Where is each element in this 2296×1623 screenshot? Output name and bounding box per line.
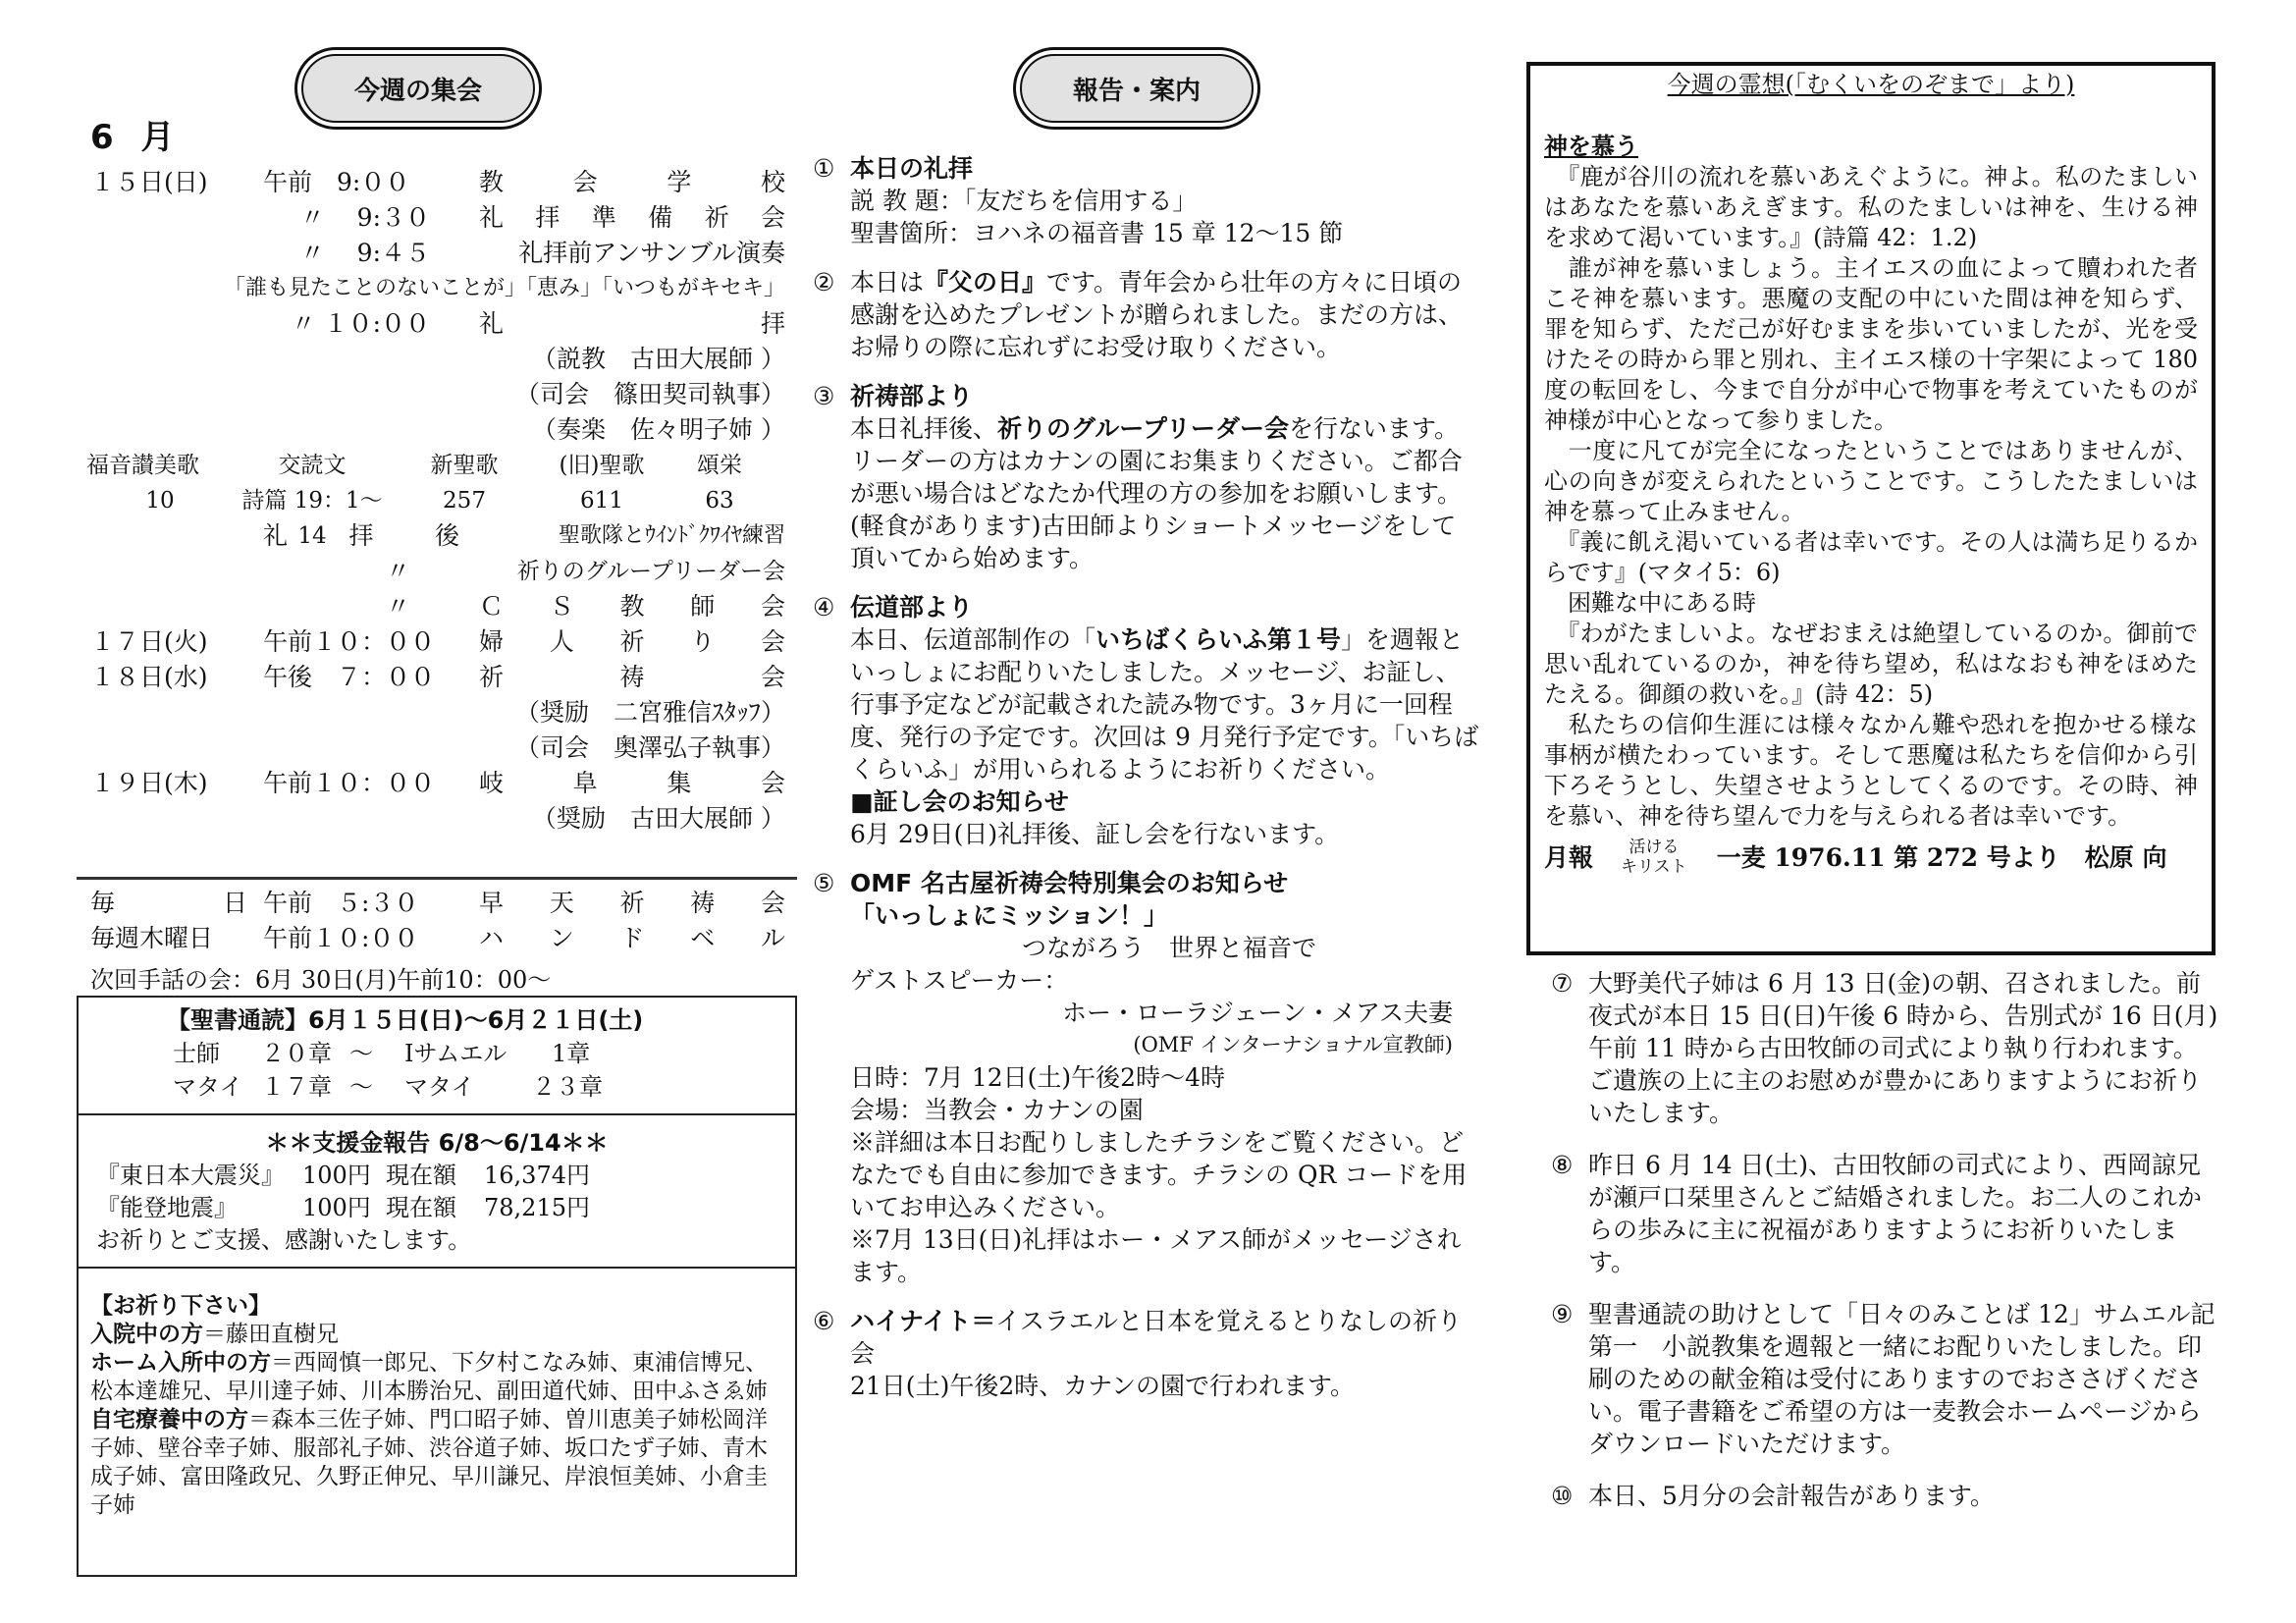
prayer-group-hospital: 入院中の方＝藤田直樹兄 [90, 1321, 785, 1349]
heading-reports-announcements: 報告・案内 [1013, 47, 1260, 130]
announcement-item: ① 本日の礼拝 説 教 題：「友だちを信用する」 聖書箇所：ヨハネの福音書 15… [813, 152, 1480, 249]
schedule-row: １５日(日) 午前 9:００ 教会学校 [90, 165, 785, 200]
devotional-source: 月報 活ける キリスト 一麦 1976.11 第 272 号より 松原 向 [1544, 838, 2198, 877]
prayer-title: 【お祈り下さい】 [90, 1292, 785, 1321]
announcement-item: ⑤ OMF 名古屋祈祷会特別集会のお知らせ 「いっしょにミッション！」 つながろ… [813, 867, 1480, 1288]
prayer-group-home: ホーム入所中の方＝西岡慎一郎兄、下夕村こなみ姉、東浦信博兄、松本達雄兄、早川達子… [90, 1349, 785, 1406]
schedule-row: 礼 拝 後 聖歌隊とｳｲﾝﾄﾞｸﾜｲﾔ練習 [90, 518, 785, 554]
bible-reading-box: 【聖書通読】6月１５日(日)～6月２１日(土) 士師 ２０章 ～ Ⅰサムエル 1… [77, 996, 797, 1115]
announcement-item: ⑥ ハイナイト＝イスラエルと日本を覚えるとりなしの祈り会 21日(土)午後2時、… [813, 1305, 1480, 1402]
bible-reading-row: 士師 ２０章 ～ Ⅰサムエル 1章 [173, 1037, 777, 1070]
schedule-row: 〃 １０:００ 礼拝 [90, 306, 785, 342]
schedule-row: 〃 9:４５ 礼拝前アンサンブル演奏 [90, 236, 785, 271]
schedule-row: 〃 祈りのグループリーダー会 [90, 554, 785, 589]
hymn-values: 10 詩篇 19：1～14 257 611 63 [86, 483, 785, 518]
announcement-item: ③ 祈祷部より 本日礼拝後、祈りのグループリーダー会を行ないます。リーダーの方は… [813, 380, 1480, 574]
daily-row: 毎 日 午前 ５:３０ 早天祈祷会 [90, 886, 785, 921]
next-sign-language-meeting: 次回手話の会：6月 30日(月)午前10：00～ [90, 960, 551, 995]
announcement-item: ⑧ 昨日 6 月 14 日(土)、古田牧師の司式により、西岡諒兄が瀬戸口栞里さん… [1551, 1149, 2218, 1278]
announcement-item: ⑦ 大野美代子姉は 6 月 13 日(金)の朝、召されました。前夜式が本日 15… [1551, 967, 2218, 1129]
support-fund-title: ＊＊支援金報告 6/8～6/14＊＊ [96, 1127, 777, 1160]
announcement-item: ⑨ 聖書通読の助けとして「日々のみことば 12」サムエル記第一 小説教集を週報と… [1551, 1298, 2218, 1460]
schedule-row: （説教 古田大展師 ） [90, 342, 785, 377]
heading-this-week-meetings: 今週の集会 [294, 47, 542, 130]
devotional-paragraph: 私たちの信仰生涯には様々なかん難や恐れを抱かせる様な事柄が横たわっています。そし… [1544, 710, 2198, 832]
devotional-paragraph: 困難な中にある時 [1544, 588, 2198, 619]
daily-meetings: 毎 日 午前 ５:３０ 早天祈祷会 毎週木曜日 午前１０:００ ハンドベル [90, 886, 785, 956]
prayer-group-recovery: 自宅療養中の方＝森本三佐子姉、門口昭子姉、曽川恵美子姉松岡洋子姉、壁谷幸子姉、服… [90, 1406, 785, 1520]
schedule-row: １８日(水) 午後 ７：００ 祈祷会 [90, 660, 785, 695]
daily-row: 毎週木曜日 午前１０:００ ハンドベル [90, 921, 785, 956]
schedule-row: （奏楽 佐々明子姉 ） [90, 412, 785, 448]
bible-reading-row: マタイ １７章 ～ マタイ ２３章 [173, 1070, 777, 1104]
devotional-paragraph: 誰が神を慕いましょう。主イエスの血によって贖われた者こそ神を慕います。悪魔の支配… [1544, 253, 2198, 436]
announcement-item: ④ 伝道部より 本日、伝道部制作の「いちばくらいふ第１号」を週報といっしょにお配… [813, 591, 1480, 850]
schedule-list: １５日(日) 午前 9:００ 教会学校 〃 9:３０ 礼拝準備祈会 〃 9:４５… [90, 165, 785, 837]
support-fund-box: ＊＊支援金報告 6/8～6/14＊＊ 『東日本大震災』 100円 現在額 16,… [77, 1113, 797, 1269]
announcements-list: ① 本日の礼拝 説 教 題：「友だちを信用する」 聖書箇所：ヨハネの福音書 15… [813, 152, 1480, 1419]
hymn-headers: 福音讃美歌 交読文 新聖歌 (旧)聖歌 頌栄 [86, 448, 785, 483]
schedule-row: 「誰も見たことのないことが」「恵み」「いつもがキセキ」 [90, 271, 785, 306]
divider [77, 877, 797, 880]
support-row: 『東日本大震災』 100円 現在額 16,374円 [96, 1160, 777, 1192]
announcement-item: ⑩ 本日、5月分の会計報告があります。 [1551, 1480, 2218, 1512]
bible-reading-title: 【聖書通読】6月１５日(日)～6月２１日(土) [167, 1003, 777, 1037]
support-thanks: お祈りとご支援、感謝いたします。 [96, 1224, 777, 1257]
schedule-row: （司会 奥澤弘子執事） [90, 730, 785, 766]
schedule-row: １７日(火) 午前１０：００ 婦人祈り会 [90, 624, 785, 660]
devotional-paragraph: 一度に凡てが完全になったということではありませんが、心の向きが変えられたというこ… [1544, 436, 2198, 527]
devotional-paragraph: 『義に飢え渇いている者は幸いです。その人は満ち足りるからです』(マタイ5：6) [1544, 527, 2198, 588]
devotional-paragraph: 『鹿が谷川の流れを慕いあえぐように。神よ。私のたましいはあなたを慕いあえぎます。… [1544, 162, 2198, 253]
devotional-box: 今週の霊想(「むくいをのぞまで」より) 神を慕う 『鹿が谷川の流れを慕いあえぐよ… [1526, 62, 2216, 955]
schedule-row: （奨励 古田大展師 ） [90, 801, 785, 837]
support-row: 『能登地震』 100円 現在額 78,215円 [96, 1192, 777, 1224]
devotional-subtitle: 神を慕う [1544, 132, 2198, 162]
prayer-request-box: 【お祈り下さい】 入院中の方＝藤田直樹兄 ホーム入所中の方＝西岡慎一郎兄、下夕村… [77, 1267, 797, 1577]
schedule-row: 〃 ＣＳ教師会 [90, 589, 785, 624]
schedule-row: １９日(木) 午前１０：００ 岐阜集会 [90, 766, 785, 801]
month-label: 6 月 [90, 110, 183, 158]
schedule-row: （司会 篠田契司執事） [90, 377, 785, 412]
schedule-row: 〃 9:３０ 礼拝準備祈会 [90, 200, 785, 236]
devotional-title: 今週の霊想(「むくいをのぞまで」より) [1544, 70, 2198, 100]
announcement-item: ② 本日は『父の日』です。青年会から壮年の方々に日頃の感謝を込めたプレゼントが贈… [813, 266, 1480, 363]
announcements-list-continued: ⑦ 大野美代子姉は 6 月 13 日(金)の朝、召されました。前夜式が本日 15… [1551, 967, 2218, 1532]
testimony-meeting-title: ■証し会のお知らせ [850, 785, 1480, 818]
schedule-row: （奨励 二宮雅信ｽﾀｯﾌ） [90, 695, 785, 730]
devotional-paragraph: 『わがたましいよ。なぜおまえは絶望しているのか。御前で思い乱れているのか，神を待… [1544, 619, 2198, 710]
